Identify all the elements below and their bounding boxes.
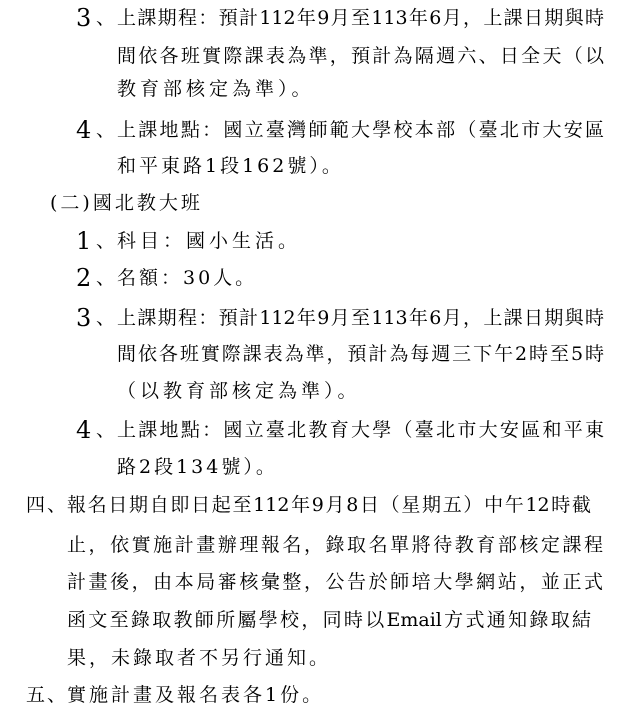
item-number: 4 [76,117,91,143]
item-number: 1 [76,228,91,254]
section-separator: 、 [47,682,66,708]
paragraph-line: （以教育部核定為準）。 [117,378,361,404]
paragraph-line: 間依各班實際課表為準，預計為隔週六、日全天（以 [117,43,604,69]
item-separator: 、 [96,265,115,291]
item-separator: 、 [96,228,115,254]
paragraph-line: 上課期程：預計112年9月至113年6月，上課日期與時 [117,5,604,31]
section-number: 五 [26,682,45,708]
item-number: 3 [76,5,91,31]
paragraph-line: 和平東路1段162號）。 [117,153,344,179]
paragraph-line: 報名日期自即日起至112年9月8日（星期五）中午12時截 [67,492,591,518]
paragraph-line: 教育部核定為準）。 [117,76,315,102]
paragraph-line: 間依各班實際課表為準，預計為每週三下午2時至5時 [117,341,604,367]
paragraph-line: 上課期程：預計112年9月至113年6月，上課日期與時 [117,305,604,331]
subsection-heading: (二)國北教大班 [50,190,203,216]
paragraph-line: 止，依實施計畫辦理報名，錄取名單將待教育部核定課程 [67,532,603,558]
paragraph-line: 計畫後，由本局審核彙整，公告於師培大學網站，並正式 [67,569,603,595]
paragraph-line: 實施計畫及報名表各1份。 [67,682,324,708]
item-number: 2 [76,265,91,291]
item-separator: 、 [96,117,115,143]
paragraph-line: 上課地點：國立臺灣師範大學校本部（臺北市大安區 [117,117,604,143]
item-separator: 、 [96,5,115,31]
paragraph-line: 名額：30人。 [117,265,257,291]
paragraph-line: 上課地點：國立臺北教育大學（臺北市大安區和平東 [117,417,604,443]
paragraph-line: 果，未錄取者不另行通知。 [67,645,331,671]
section-separator: 、 [47,492,66,518]
paragraph-line: 路2段134號）。 [117,454,278,480]
paragraph-line: 函文至錄取教師所屬學校，同時以Email方式通知錄取結 [67,607,591,633]
paragraph-line: 科目：國小生活。 [117,228,301,254]
item-separator: 、 [96,417,115,443]
section-number: 四 [26,492,45,518]
item-separator: 、 [96,305,115,331]
item-number: 3 [76,305,91,331]
item-number: 4 [76,417,91,443]
